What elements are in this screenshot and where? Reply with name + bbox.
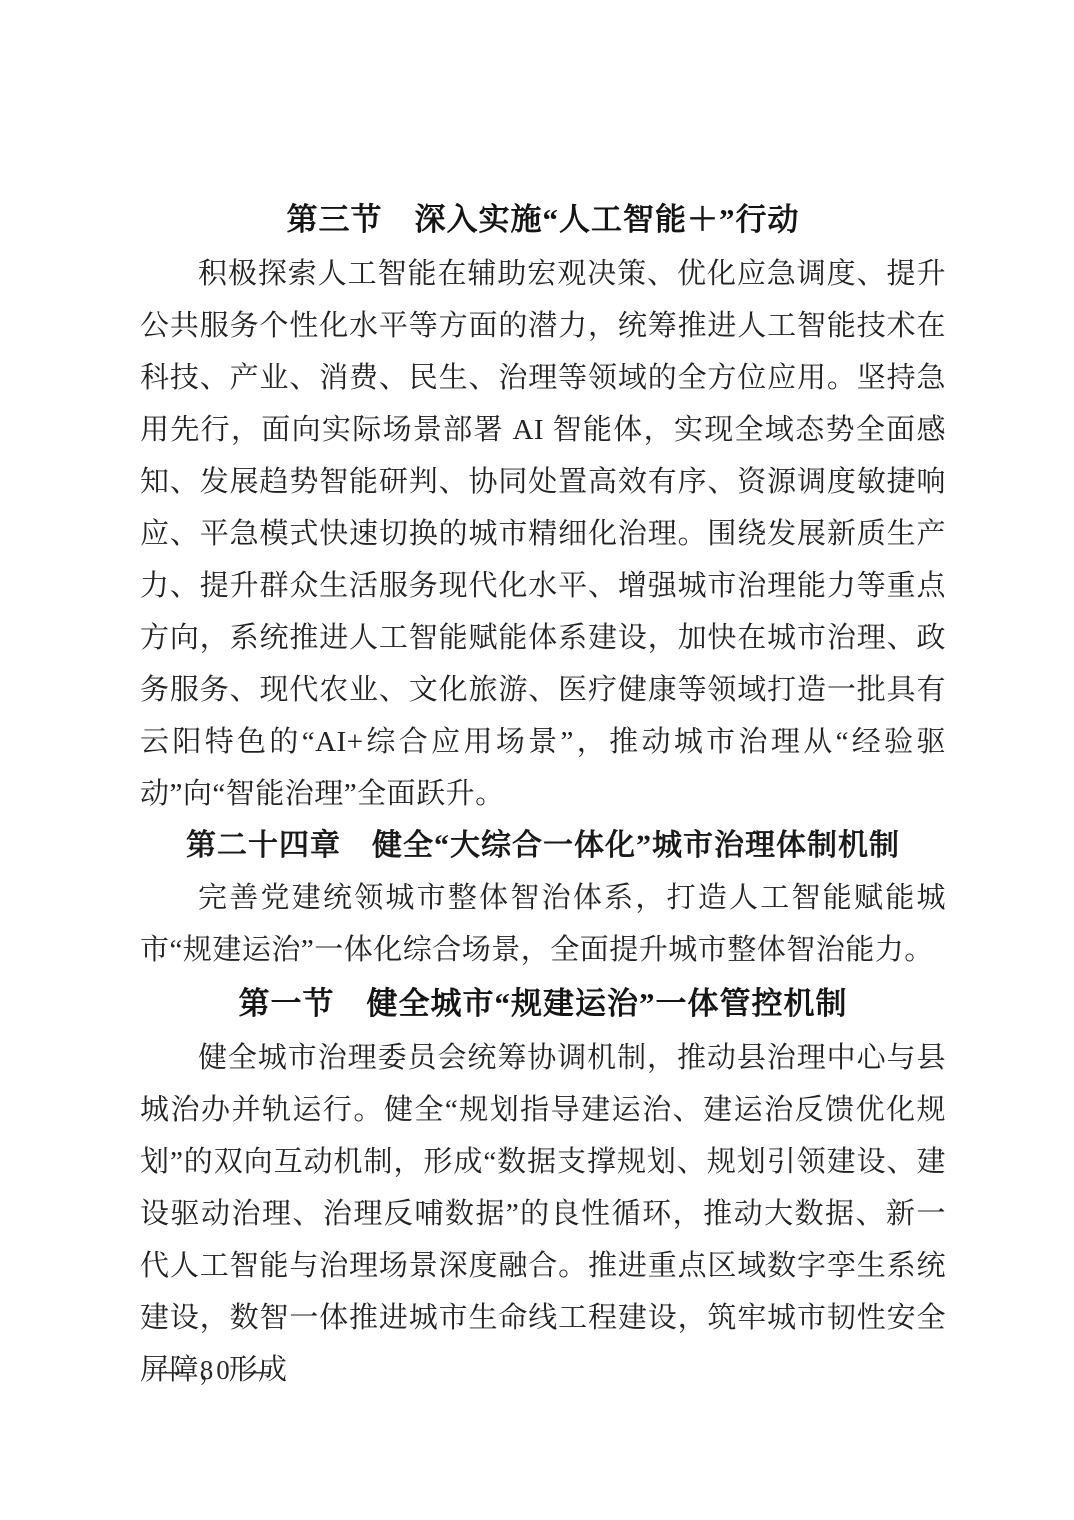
section-3-heading: 第三节 深入实施“人工智能＋”行动 — [140, 192, 946, 248]
section-1-heading: 第一节 健全城市“规建运治”一体管控机制 — [140, 976, 946, 1032]
section-1-paragraph: 健全城市治理委员会统筹协调机制，推动县治理中心与县城治办并轨运行。健全“规划指导… — [140, 1032, 946, 1396]
document-page: 第三节 深入实施“人工智能＋”行动 积极探索人工智能在辅助宏观决策、优化应急调度… — [0, 0, 1074, 1520]
document-content: 第三节 深入实施“人工智能＋”行动 积极探索人工智能在辅助宏观决策、优化应急调度… — [140, 192, 946, 1396]
chapter-24-heading: 第二十四章 健全“大综合一体化”城市治理体制机制 — [140, 820, 946, 872]
chapter-24-paragraph: 完善党建统领城市整体智治体系，打造人工智能赋能城市“规建运治”一体化综合场景，全… — [140, 872, 946, 976]
page-number: — 80 — — [160, 1352, 273, 1388]
section-3-paragraph: 积极探索人工智能在辅助宏观决策、优化应急调度、提升公共服务个性化水平等方面的潜力… — [140, 248, 946, 820]
